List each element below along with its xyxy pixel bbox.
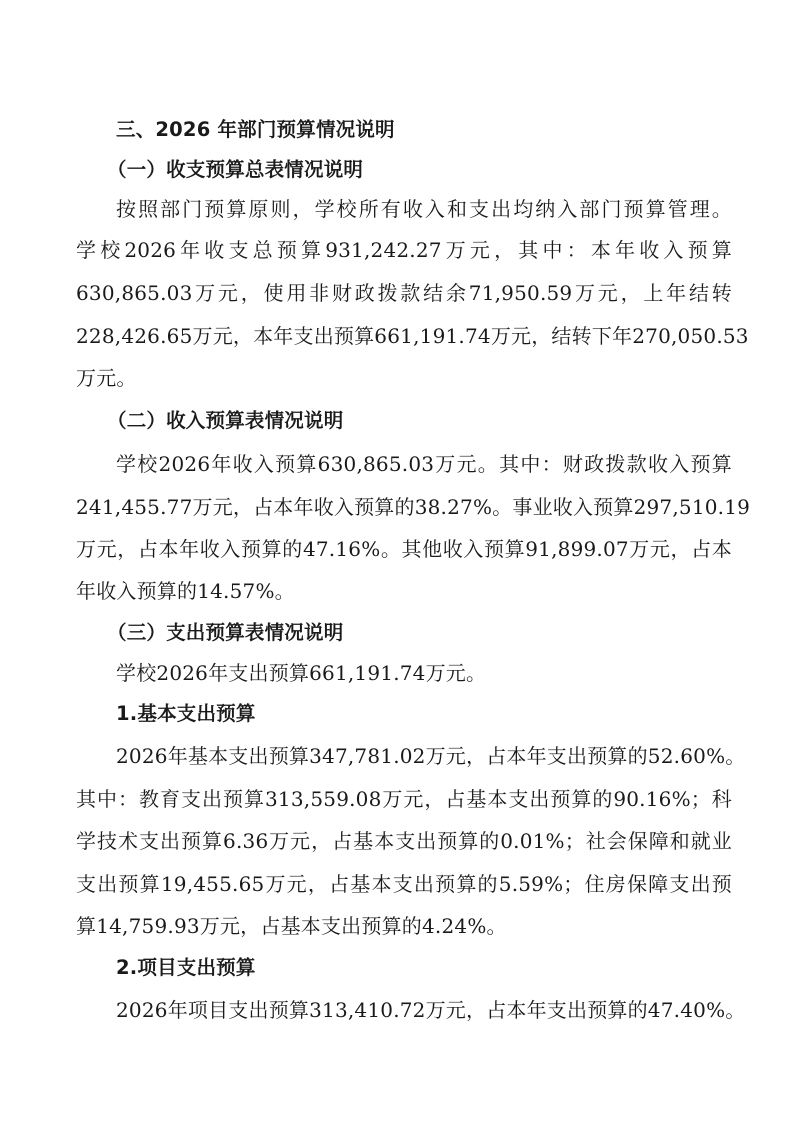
paragraph-line: 算14,759.93万元，占基本支出预算的4.24%。 <box>76 913 732 939</box>
paragraph-line: 万元。 <box>76 365 732 391</box>
item-title-basic-expense: 1.基本支出预算 <box>116 701 732 727</box>
document-page: 三、2026 年部门预算情况说明 （一）收支预算总表情况说明 按照部门预算原则，… <box>0 0 799 1131</box>
paragraph-line: 学校2026年支出预算661,191.74万元。 <box>116 660 732 686</box>
paragraph-line: 2026年项目支出预算313,410.72万元，占本年支出预算的47.40%。 <box>116 997 732 1023</box>
paragraph-line: 2026年基本支出预算347,781.02万元，占本年支出预算的52.60%。 <box>116 743 732 769</box>
paragraph-line: 支出预算19,455.65万元，占基本支出预算的5.59%；住房保障支出预 <box>76 871 732 897</box>
subsection-title-income-budget: （二）收入预算表情况说明 <box>107 408 763 434</box>
paragraph-line: 630,865.03万元，使用非财政拨款结余71,950.59万元，上年结转 <box>76 280 732 306</box>
section-title: 三、2026 年部门预算情况说明 <box>116 117 732 143</box>
paragraph-line: 万元，占本年收入预算的47.16%。其他收入预算91,899.07万元，占本 <box>76 536 732 562</box>
paragraph-line: 228,426.65万元，本年支出预算661,191.74万元，结转下年270,… <box>76 323 732 349</box>
paragraph-line: 年收入预算的14.57%。 <box>76 578 732 604</box>
paragraph-line: 学校2026年收入预算630,865.03万元。其中：财政拨款收入预算 <box>116 451 732 477</box>
paragraph-line: 学校2026年收支总预算931,242.27万元，其中：本年收入预算 <box>76 237 732 263</box>
item-title-project-expense: 2.项目支出预算 <box>116 955 732 981</box>
subsection-title-income-expense-summary: （一）收支预算总表情况说明 <box>107 157 763 183</box>
paragraph-line: 其中：教育支出预算313,559.08万元，占基本支出预算的90.16%；科 <box>76 786 732 812</box>
paragraph-line: 按照部门预算原则，学校所有收入和支出均纳入部门预算管理。 <box>116 196 732 222</box>
subsection-title-expense-budget: （三）支出预算表情况说明 <box>107 620 763 646</box>
paragraph-line: 学技术支出预算6.36万元，占基本支出预算的0.01%；社会保障和就业 <box>76 828 732 854</box>
paragraph-line: 241,455.77万元，占本年收入预算的38.27%。事业收入预算297,51… <box>76 494 732 520</box>
